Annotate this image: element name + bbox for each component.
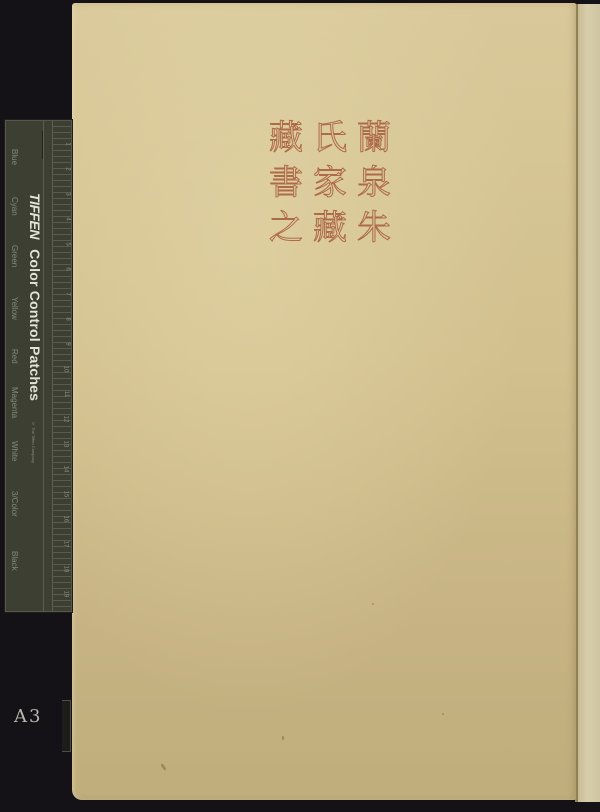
strip-title: Color Control Patches xyxy=(27,249,43,401)
color-control-strip: Blue Cyan Green Yellow Red Magenta White… xyxy=(5,120,72,612)
seal-character: 之 xyxy=(264,205,308,250)
ruler-number: 12 xyxy=(63,416,69,423)
ruler-number: 5 xyxy=(64,242,70,245)
seal-character: 家 xyxy=(308,161,352,206)
seal-character: 蘭 xyxy=(352,116,396,161)
ruler-number: 15 xyxy=(63,491,69,498)
ruler-number: 3 xyxy=(64,192,70,195)
adjacent-page-edge xyxy=(578,4,600,802)
patch-label-green: Green xyxy=(10,245,19,267)
page-edge-tab xyxy=(62,700,71,752)
ruler-number: 16 xyxy=(63,516,69,523)
ruler-number: 7 xyxy=(64,292,70,295)
ruler-number: 17 xyxy=(63,541,69,548)
seal-character: 泉 xyxy=(352,161,396,206)
ruler-number: 13 xyxy=(63,441,69,448)
ruler-number: 10 xyxy=(63,366,69,373)
collector-seal: 蘭 泉 朱 氏 家 藏 藏 書 之 xyxy=(264,116,396,250)
paper-speck xyxy=(442,713,444,715)
patch-label-white: White xyxy=(10,441,19,461)
ruler-number: 2 xyxy=(64,167,70,170)
ruler-number: 9 xyxy=(64,342,70,345)
ruler-number: 6 xyxy=(64,267,70,270)
patch-label-cyan: Cyan xyxy=(10,197,19,216)
strip-brand-title: TIFFEN Color Control Patches xyxy=(27,193,43,401)
seal-character: 氏 xyxy=(308,116,352,161)
patch-label-3color: 3/Color xyxy=(10,491,19,517)
patch-label-column: Blue Cyan Green Yellow Red Magenta White… xyxy=(10,121,24,611)
ruler-number: 18 xyxy=(63,566,69,573)
ruler-number: 19 xyxy=(63,591,69,598)
ruler-number: 4 xyxy=(64,217,70,220)
strip-divider-line xyxy=(43,121,44,611)
patch-label-yellow: Yellow xyxy=(10,297,19,320)
paper-speck xyxy=(282,736,284,740)
patch-label-red: Red xyxy=(10,349,19,364)
strip-ruler: 1 2 3 4 5 6 7 8 9 10 11 12 13 14 15 16 1… xyxy=(52,121,71,611)
strip-copyright-note: © The Tiffen Company xyxy=(31,421,36,463)
tiffen-logo: TIFFEN xyxy=(27,193,43,239)
paper-speck xyxy=(160,763,167,771)
patch-label-blue: Blue xyxy=(10,149,19,165)
ruler-number: 8 xyxy=(64,317,70,320)
paper-speck xyxy=(372,603,374,605)
patch-label-magenta: Magenta xyxy=(10,387,19,418)
seal-character: 藏 xyxy=(308,205,352,250)
seal-character: 書 xyxy=(264,161,308,206)
plate-label: A3 xyxy=(14,706,42,727)
seal-character: 朱 xyxy=(352,205,396,250)
ruler-number: 14 xyxy=(63,466,69,473)
patch-label-black: Black xyxy=(10,551,19,571)
ruler-number: 1 xyxy=(64,142,70,145)
ruler-number: 11 xyxy=(63,391,69,397)
seal-character: 藏 xyxy=(264,116,308,161)
